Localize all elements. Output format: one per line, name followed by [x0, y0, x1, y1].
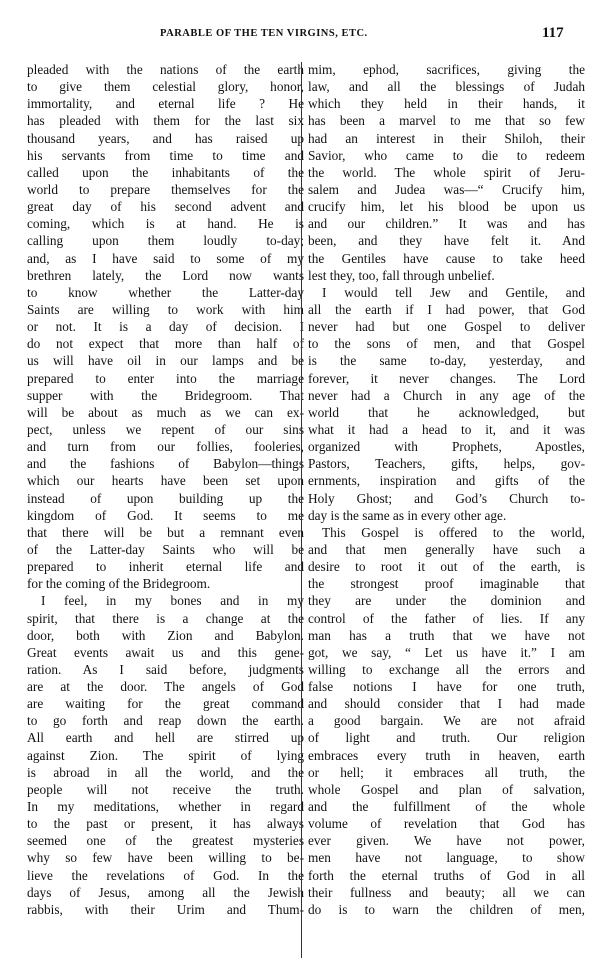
text-line: to give them celestial glory, honor, [27, 78, 304, 95]
text-column-right: mim, ephod, sacrifices, giving thelaw, a… [308, 61, 585, 918]
text-line: and, as I have said to some of my [27, 250, 304, 267]
text-line: or hell; it embraces all truth, the [308, 764, 585, 781]
text-line: forth the eternal truths of God in all [308, 867, 585, 884]
text-line: the strongest proof imaginable that [308, 575, 585, 592]
text-line: pect, unless we repent of our sins [27, 421, 304, 438]
text-line: and turn from our follies, fooleries, [27, 438, 304, 455]
text-line: law, and all the blessings of Judah [308, 78, 585, 95]
text-line: do is to warn the children of men, [308, 901, 585, 918]
text-line: got, we say, “ Let us have it.” I am [308, 644, 585, 661]
text-line: people will not receive the truth. [27, 781, 304, 798]
text-line: which our hearts have been set upon [27, 472, 304, 489]
text-line: to know whether the Latter-day [27, 284, 304, 301]
text-line: they are under the dominion and [308, 592, 585, 609]
text-line: I feel, in my bones and in my [27, 592, 304, 609]
text-line: never had a Church in any age of the [308, 387, 585, 404]
text-line: calling upon them loudly to-day; [27, 232, 304, 249]
text-line: never had but one Gospel to deliver [308, 318, 585, 335]
text-line: organized with Prophets, Apostles, [308, 438, 585, 455]
text-line: that there will be but a remnant even [27, 524, 304, 541]
text-line: ernments, inspiration and gifts of the [308, 472, 585, 489]
text-line: a good bargain. We are not afraid [308, 712, 585, 729]
text-line: man has a truth that we have not [308, 627, 585, 644]
text-line: their fullness and beauty; all we can [308, 884, 585, 901]
text-line: ration. As I said before, judgments [27, 661, 304, 678]
page-number: 117 [542, 25, 564, 42]
text-line: I would tell Jew and Gentile, and [308, 284, 585, 301]
text-line: seemed one of the greatest mysteries [27, 832, 304, 849]
text-line: great day of his second advent and [27, 198, 304, 215]
text-line: and the fashions of Babylon—things [27, 455, 304, 472]
text-line: ever given. We have not power, [308, 832, 585, 849]
text-line: has pleaded with them for the last six [27, 112, 304, 129]
text-line: volume of revelation that God has [308, 815, 585, 832]
text-line: what it had a head to it, and it was [308, 421, 585, 438]
text-line: thousand years, and has raised up [27, 130, 304, 147]
text-line: of light and truth. Our religion [308, 729, 585, 746]
text-line: against Zion. The spirit of lying [27, 747, 304, 764]
text-line: been, and they have felt it. And [308, 232, 585, 249]
page-header: PARABLE OF THE TEN VIRGINS, ETC. 117 [0, 28, 600, 48]
text-line: door, both with Zion and Babylon. [27, 627, 304, 644]
text-line: coming, which is at hand. He is [27, 215, 304, 232]
text-line: which they held in their hands, it [308, 95, 585, 112]
text-line: salem and Judea was—“ Crucify him, [308, 181, 585, 198]
text-line: us will have oil in our lamps and be [27, 352, 304, 369]
text-line: why so few have been willing to be- [27, 849, 304, 866]
text-line: lieve the revelations of God. In the [27, 867, 304, 884]
text-line: days of Jesus, among all the Jewish [27, 884, 304, 901]
text-line: Pastors, Teachers, gifts, helps, gov- [308, 455, 585, 472]
text-line: do not expect that more than half of [27, 335, 304, 352]
text-line: and that men generally have such a [308, 541, 585, 558]
text-line: Saints are willing to work with him [27, 301, 304, 318]
text-line: Savior, who came to die to redeem [308, 147, 585, 164]
text-line: world to prepare themselves for the [27, 181, 304, 198]
text-line: desire to root it out of the earth, is [308, 558, 585, 575]
text-line: will be about as much as we can ex- [27, 404, 304, 421]
text-line: called upon the inhabitants of the [27, 164, 304, 181]
text-line: whole Gospel and plan of salvation, [308, 781, 585, 798]
text-line: are waiting for the great command [27, 695, 304, 712]
text-line: and should consider that I had made [308, 695, 585, 712]
text-line: forever, it never changes. The Lord [308, 370, 585, 387]
text-line: is the same to-day, yesterday, and [308, 352, 585, 369]
text-line: prepared to inherit eternal life and [27, 558, 304, 575]
text-line: prepared to enter into the marriage [27, 370, 304, 387]
text-line: kingdom of God. It seems to me [27, 507, 304, 524]
text-line: of the Latter-day Saints who will be [27, 541, 304, 558]
text-line: for the coming of the Bridegroom. [27, 575, 304, 592]
text-line: false notions I have for one truth, [308, 678, 585, 695]
text-line: willing to exchange all the errors and [308, 661, 585, 678]
text-line: pleaded with the nations of the earth [27, 61, 304, 78]
text-line: control of the father of lies. If any [308, 610, 585, 627]
running-title: PARABLE OF THE TEN VIRGINS, ETC. [160, 28, 368, 39]
text-line: lest they, too, fall through unbelief. [308, 267, 585, 284]
text-line: to the past or present, it has always [27, 815, 304, 832]
text-line: Holy Ghost; and God’s Church to- [308, 490, 585, 507]
text-line: all the earth if I had power, that God [308, 301, 585, 318]
text-line: world that he acknowledged, but [308, 404, 585, 421]
text-line: has been a marvel to me that so few [308, 112, 585, 129]
text-line: Great events await us and this gene- [27, 644, 304, 661]
text-line: the world. The whole spirit of Jeru- [308, 164, 585, 181]
text-line: instead of upon building up the [27, 490, 304, 507]
text-line: men have not language, to show [308, 849, 585, 866]
text-line: crucify him, let his blood be upon us [308, 198, 585, 215]
text-line: embraces every truth in heaven, earth [308, 747, 585, 764]
text-line: spirit, that there is a change at the [27, 610, 304, 627]
text-line: day is the same as in every other age. [308, 507, 585, 524]
column-divider [301, 62, 302, 958]
text-line: brethren lately, the Lord now wants [27, 267, 304, 284]
text-line: In my meditations, whether in regard [27, 798, 304, 815]
text-line: and our children.” It was and has [308, 215, 585, 232]
text-line: and the fulfillment of the whole [308, 798, 585, 815]
text-line: This Gospel is offered to the world, [308, 524, 585, 541]
text-line: is abroad in all the world, and the [27, 764, 304, 781]
text-column-left: pleaded with the nations of the earthto … [27, 61, 304, 918]
text-line: had an interest in their Shiloh, their [308, 130, 585, 147]
text-line: or not. It is a day of decision. I [27, 318, 304, 335]
text-line: immortality, and eternal life ? He [27, 95, 304, 112]
text-line: to go forth and reap down the earth. [27, 712, 304, 729]
text-line: are at the door. The angels of God [27, 678, 304, 695]
text-line: his servants from time to time and [27, 147, 304, 164]
text-line: to the sons of men, and that Gospel [308, 335, 585, 352]
text-line: the Gentiles have cause to take heed [308, 250, 585, 267]
text-line: rabbis, with their Urim and Thum- [27, 901, 304, 918]
text-line: All earth and hell are stirred up [27, 729, 304, 746]
text-line: mim, ephod, sacrifices, giving the [308, 61, 585, 78]
text-line: supper with the Bridegroom. That [27, 387, 304, 404]
